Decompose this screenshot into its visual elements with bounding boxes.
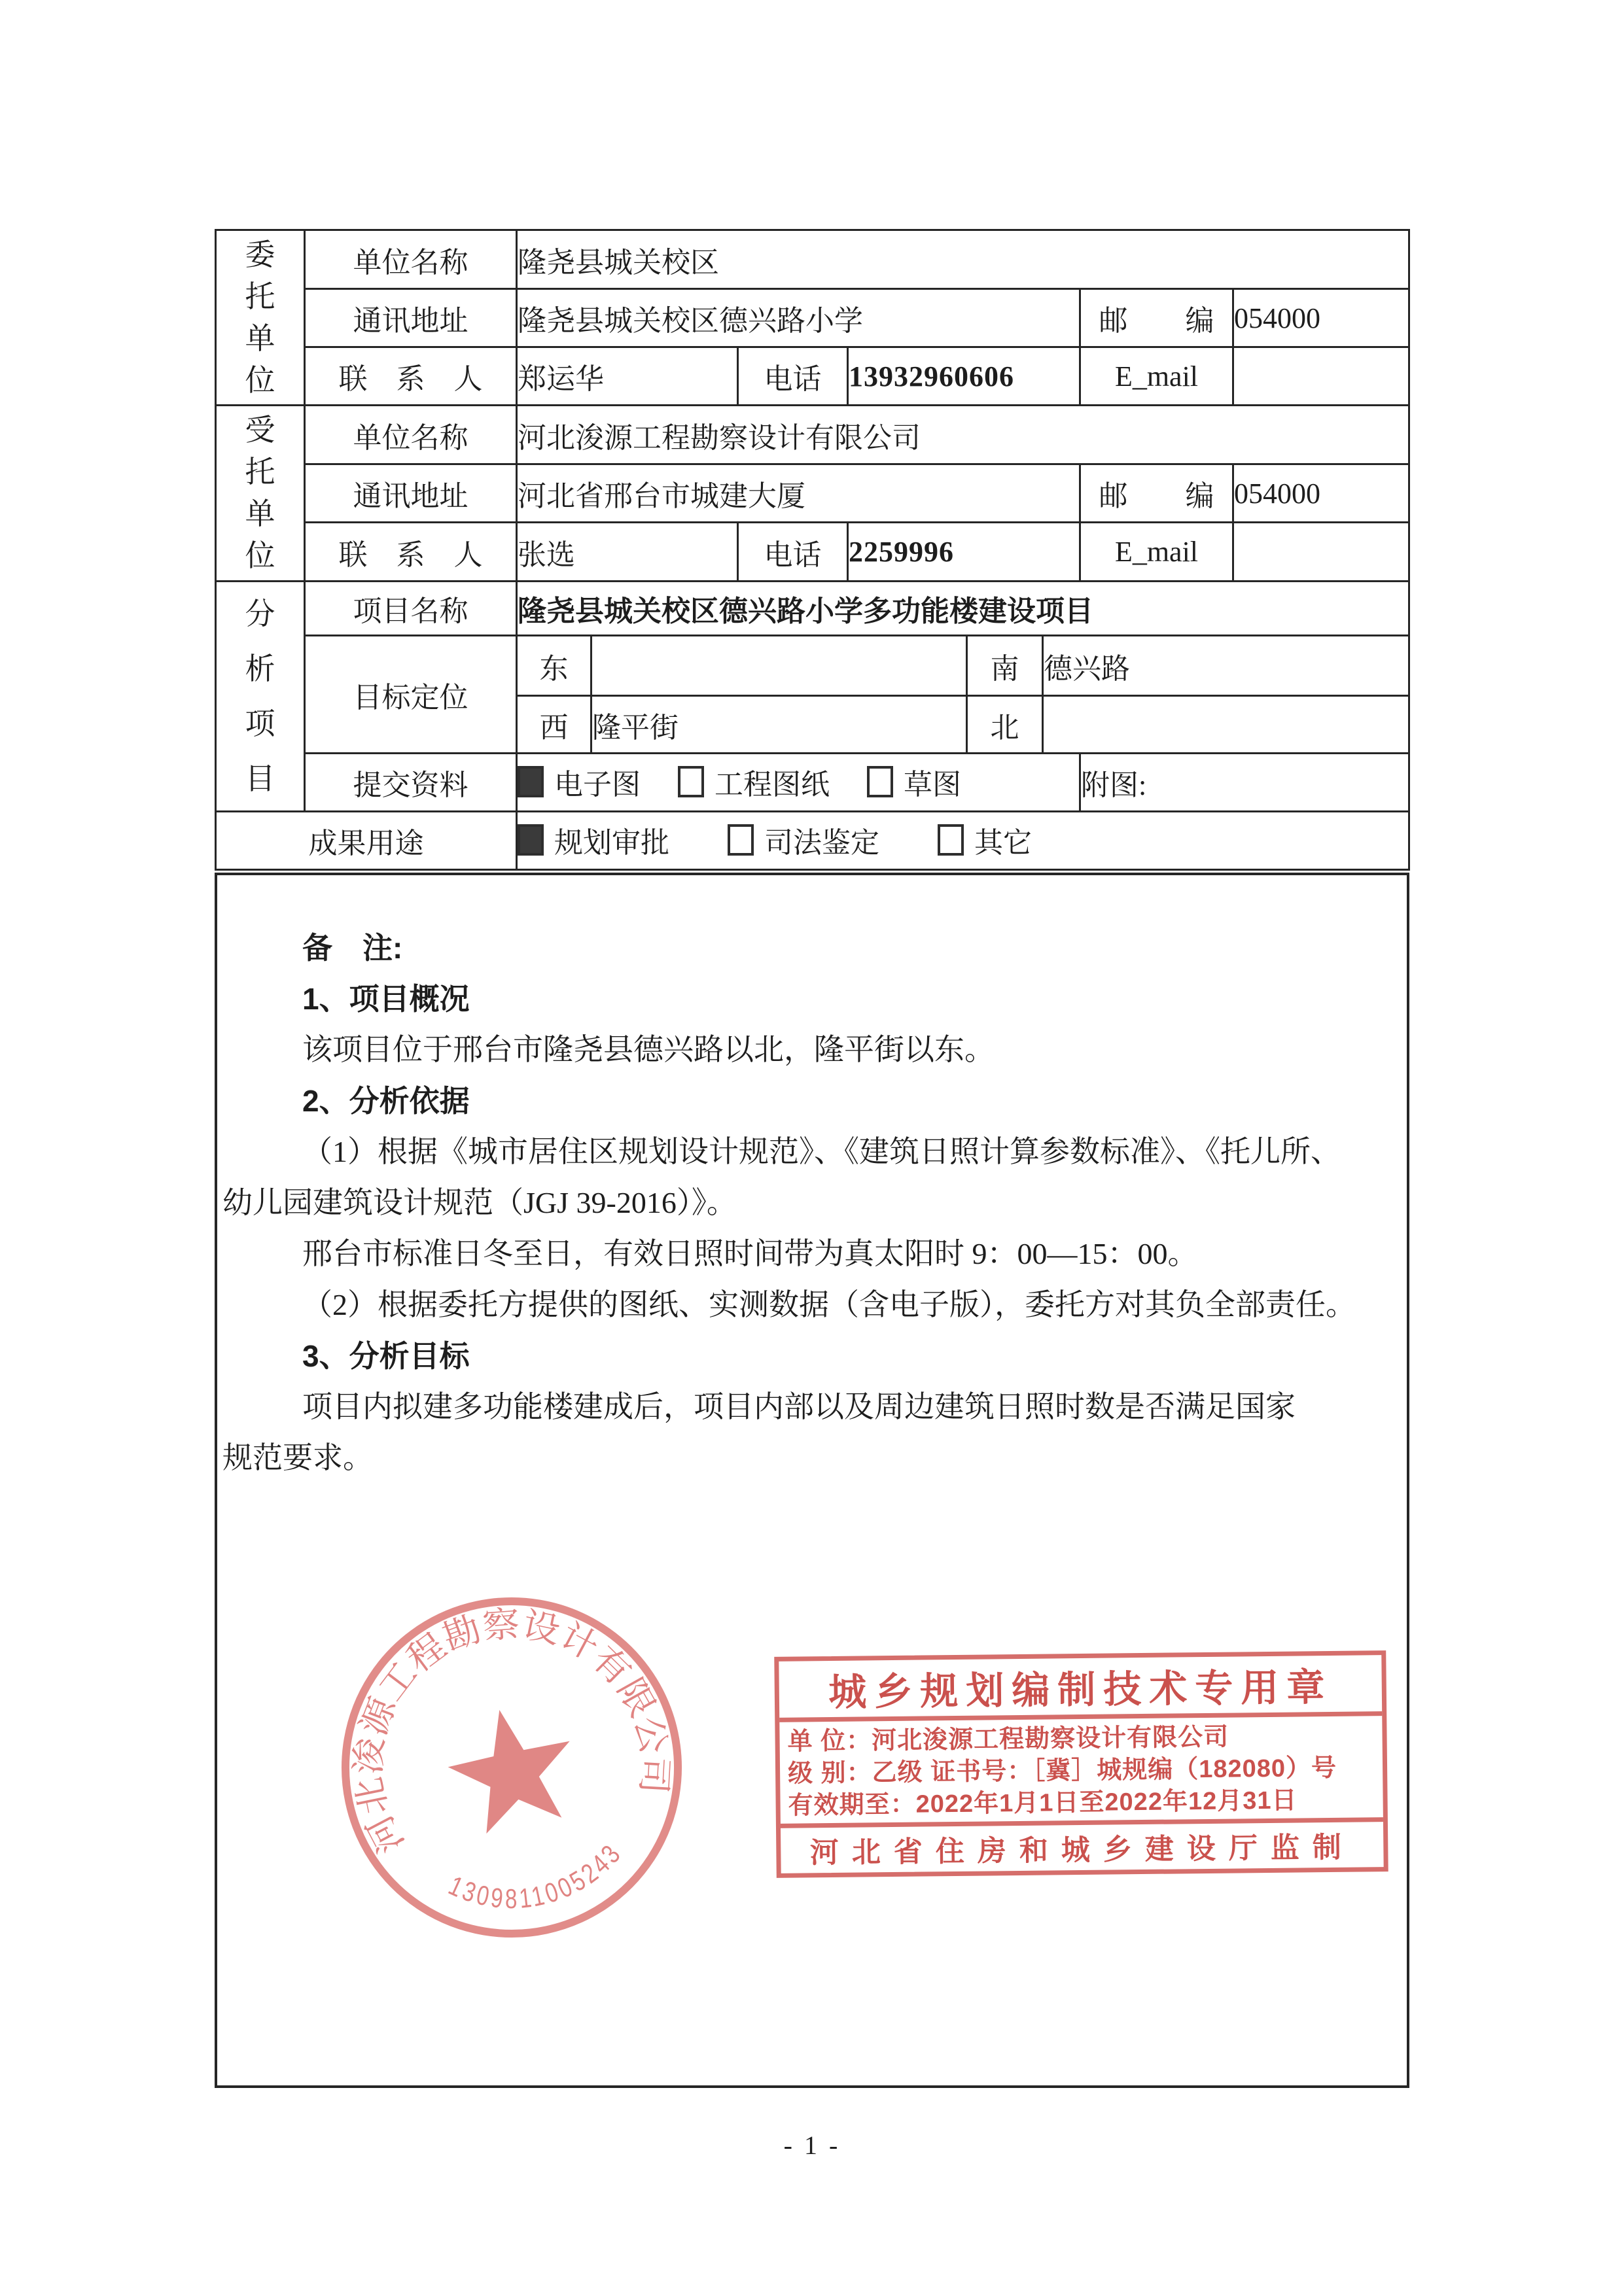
materials-option-label: 工程图纸 [715,761,830,803]
remarks-line: 项目内拟建多功能楼建成后，项目内部以及周边建筑日照时数是否满足国家 [222,1382,1394,1433]
rect-seal-issuer-line: 河北省住房和城乡建设厅监制 [781,1817,1384,1873]
materials-option-label: 电子图 [554,761,641,803]
direction-west-label: 西 [517,696,591,754]
client-group-label-cell: 委托单位 [216,230,305,406]
scanned-form-page: 委托单位 单位名称 隆尧县城关校区 通讯地址 隆尧县城关校区德兴路小学 邮 编 … [0,0,1624,2296]
checkbox-engineering-drawing-icon [678,766,704,797]
materials-options-cell: 电子图 工程图纸 草图 [517,754,1080,812]
checkbox-judicial-appraisal-icon [728,824,754,856]
round-seal-graphic: 河北浚源工程勘察设计有限公司 1309811005243 [326,1582,697,1953]
materials-option-label: 草图 [904,761,961,803]
table-row: 提交资料 电子图 工程图纸 草图 附图: [216,754,1409,812]
rect-seal-title: 城乡规划编制技术专用章 [779,1655,1382,1722]
remarks-text: 备 注: 1、项目概况 该项目位于邢台市隆尧县德兴路以北，隆平街以东。 2、分析… [222,922,1394,1484]
trustee-phone-value: 2259996 [848,523,1080,582]
trustee-contact-label: 联 系 人 [305,523,517,582]
direction-south-value: 德兴路 [1043,636,1409,696]
client-email-label: E_mail [1080,347,1233,406]
direction-east-label: 东 [517,636,591,696]
client-email-value [1233,347,1409,406]
project-group-label-cell: 分析项目 [216,582,305,812]
remarks-heading: 备 注: [222,922,1394,973]
usage-option: 其它 [938,819,1032,861]
project-location-label: 目标定位 [305,636,517,754]
page-number: - 1 - [0,2130,1624,2161]
project-group-label: 分析项目 [244,587,277,807]
round-company-seal: 河北浚源工程勘察设计有限公司 1309811005243 [326,1582,697,1953]
materials-option: 工程图纸 [678,761,830,803]
remarks-line: 该项目位于邢台市隆尧县德兴路以北，隆平街以东。 [222,1024,1394,1075]
client-unit-name-label: 单位名称 [305,230,517,289]
table-row: 联 系 人 郑运华 电话 13932960606 E_mail [216,347,1409,406]
client-postal-value: 054000 [1233,289,1409,347]
remarks-line: （2）根据委托方提供的图纸、实测数据（含电子版），委托方对其负全部责任。 [222,1279,1394,1331]
checkbox-electronic-drawing-icon [518,766,544,797]
table-row: 受托单位 单位名称 河北浚源工程勘察设计有限公司 [216,406,1409,464]
client-contact-label: 联 系 人 [305,347,517,406]
client-address-value: 隆尧县城关校区德兴路小学 [517,289,1080,347]
checkbox-sketch-icon [867,766,893,797]
direction-north-label: 北 [967,696,1043,754]
usage-option: 司法鉴定 [728,819,879,861]
remarks-line: 邢台市标准日冬至日，有效日照时间带为真太阳时 9：00—15：00。 [222,1228,1394,1279]
remarks-line: 幼儿园建筑设计规范（JGJ 39-2016）》。 [222,1177,1394,1228]
materials-option: 草图 [867,761,961,803]
materials-label: 提交资料 [305,754,517,812]
usage-option-label: 司法鉴定 [764,819,879,861]
table-row: 通讯地址 隆尧县城关校区德兴路小学 邮 编 054000 [216,289,1409,347]
table-row: 目标定位 东 南 德兴路 [216,636,1409,696]
remarks-line: （1）根据《城市居住区规划设计规范》、《建筑日照计算参数标准》、《托儿所、 [222,1126,1394,1177]
remarks-line: 3、分析目标 [222,1331,1394,1382]
usage-label: 成果用途 [216,812,517,870]
trustee-unit-name-value: 河北浚源工程勘察设计有限公司 [517,406,1409,464]
client-contact-value: 郑运华 [517,347,738,406]
trustee-email-value [1233,523,1409,582]
client-phone-value: 13932960606 [848,347,1080,406]
trustee-address-label: 通讯地址 [305,464,517,523]
table-row: 成果用途 规划审批 司法鉴定 其它 [216,812,1409,870]
table-row: 通讯地址 河北省邢台市城建大厦 邮 编 054000 [216,464,1409,523]
trustee-group-label-cell: 受托单位 [216,406,305,582]
rect-seal-body: 单 位：河北浚源工程勘察设计有限公司 级 别：乙级 证书号：［冀］城规编（182… [779,1716,1383,1824]
seal-star-icon [438,1697,585,1838]
rect-seal-validity-line: 有效期至：2022年1月1日至2022年12月31日 [788,1784,1376,1822]
trustee-contact-value: 张选 [517,523,738,582]
remarks-line: 2、分析依据 [222,1075,1394,1126]
usage-option-label: 其它 [974,819,1032,861]
direction-east-value [591,636,967,696]
trustee-phone-label: 电话 [738,523,848,582]
seal-number-text: 1309811005243 [439,1833,635,1930]
project-name-value: 隆尧县城关校区德兴路小学多功能楼建设项目 [517,582,1409,636]
remarks-line: 规范要求。 [222,1433,1394,1484]
usage-options-cell: 规划审批 司法鉴定 其它 [517,812,1409,870]
client-unit-name-value: 隆尧县城关校区 [517,230,1409,289]
table-row: 委托单位 单位名称 隆尧县城关校区 [216,230,1409,289]
trustee-group-label: 受托单位 [244,409,277,577]
rect-certification-seal: 城乡规划编制技术专用章 单 位：河北浚源工程勘察设计有限公司 级 别：乙级 证书… [774,1650,1388,1878]
trustee-postal-value: 054000 [1233,464,1409,523]
checkbox-other-icon [938,824,964,856]
client-group-label: 委托单位 [244,234,277,402]
project-name-label: 项目名称 [305,582,517,636]
direction-south-label: 南 [967,636,1043,696]
table-row: 分析项目 项目名称 隆尧县城关校区德兴路小学多功能楼建设项目 [216,582,1409,636]
checkbox-planning-approval-icon [518,824,544,856]
trustee-address-value: 河北省邢台市城建大厦 [517,464,1080,523]
direction-west-value: 隆平街 [591,696,967,754]
remarks-line: 1、项目概况 [222,973,1394,1024]
client-postal-label: 邮 编 [1080,289,1233,347]
usage-option: 规划审批 [518,819,669,861]
direction-north-value [1043,696,1409,754]
trustee-postal-label: 邮 编 [1080,464,1233,523]
usage-option-label: 规划审批 [554,819,669,861]
trustee-email-label: E_mail [1080,523,1233,582]
attachment-label: 附图: [1080,754,1409,812]
client-phone-label: 电话 [738,347,848,406]
client-address-label: 通讯地址 [305,289,517,347]
table-row: 联 系 人 张选 电话 2259996 E_mail [216,523,1409,582]
trustee-unit-name-label: 单位名称 [305,406,517,464]
commission-form-table: 委托单位 单位名称 隆尧县城关校区 通讯地址 隆尧县城关校区德兴路小学 邮 编 … [215,229,1410,871]
materials-option: 电子图 [518,761,641,803]
